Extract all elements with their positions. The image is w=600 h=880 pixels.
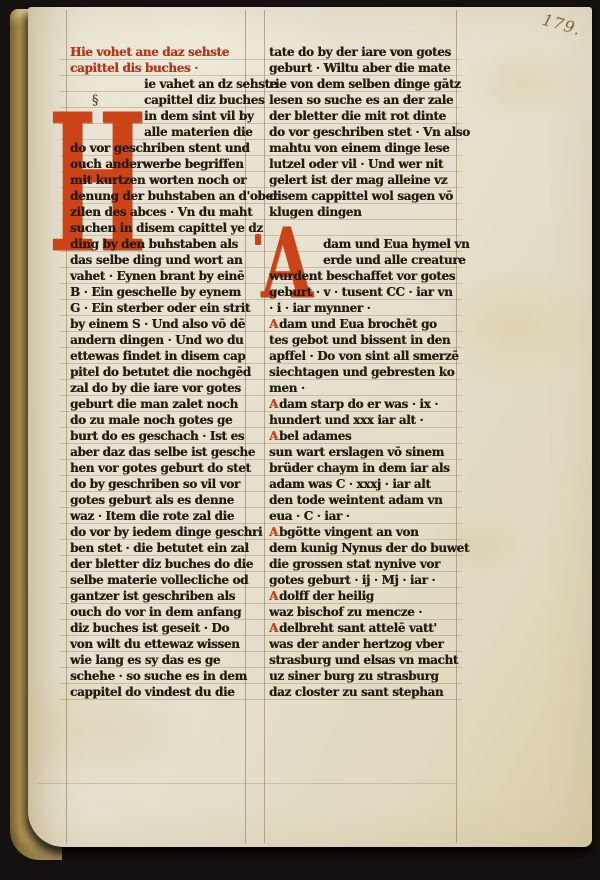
manuscript-line: hen vor gotes geburt do stet: [70, 460, 247, 476]
red-initial: A: [269, 589, 279, 603]
manuscript-line: ding by den buhstaben als: [70, 236, 247, 252]
text-column-left: Hie vohet ane daz sehste capittel dis bu…: [70, 44, 247, 700]
red-paragraph-mark: [255, 234, 261, 245]
manuscript-line: mit kurtzen worten noch or: [70, 172, 247, 188]
manuscript-line: strasburg und elsas vn macht: [269, 652, 461, 668]
manuscript-line: do vor by iedem dinge geschri: [70, 524, 247, 540]
manuscript-line: do vor geschriben stet · Vn also: [269, 124, 461, 140]
manuscript-line: die grossen stat nynive vor: [269, 556, 461, 572]
manuscript-line: brüder chaym in dem iar als: [269, 460, 461, 476]
manuscript-line: lesen so suche es an der zale: [269, 92, 461, 108]
manuscript-line: zal do by die iare vor gotes: [70, 380, 247, 396]
manuscript-line: waz · Item die rote zal die: [70, 508, 247, 524]
manuscript-line: aber daz das selbe ist gesche: [70, 444, 247, 460]
manuscript-line: Adam und Eua brochēt go: [269, 316, 461, 332]
manuscript-line: Adelbreht sant attelē vatt': [269, 620, 461, 636]
manuscript-line: von wilt du ettewaz wissen: [70, 636, 247, 652]
manuscript-line: mahtu von einem dinge lese: [269, 140, 461, 156]
manuscript-line: disem cappittel wol sagen vō: [269, 188, 461, 204]
manuscript-line: in dem sint vil by: [70, 108, 247, 124]
manuscript-line: apffel · Do von sint all smerzē: [269, 348, 461, 364]
manuscript-line: rie von dem selben dinge gātz: [269, 76, 461, 92]
manuscript-line: Adam starp do er was · ix ·: [269, 396, 461, 412]
folio-number: 179.: [540, 10, 583, 39]
manuscript-line: adam was C · xxxj · iar alt: [269, 476, 461, 492]
manuscript-line: tate do by der iare von gotes: [269, 44, 461, 60]
manuscript-page: 179. Hie vohet ane daz sehste capittel d…: [28, 7, 592, 847]
manuscript-line: klugen dingen: [269, 204, 461, 220]
manuscript-line: ouch do vor in dem anfang: [70, 604, 247, 620]
manuscript-line: gotes geburt als es denne: [70, 492, 247, 508]
right-column-lines: tate do by der iare von gotesgeburt · Wi…: [269, 44, 461, 700]
manuscript-line: denung der buhstaben an d'ober: [70, 188, 247, 204]
manuscript-line: by einem S · Und also vō dē: [70, 316, 247, 332]
manuscript-line: burt do es geschach · Ist es: [70, 428, 247, 444]
manuscript-line: der bletter diz buches do die: [70, 556, 247, 572]
manuscript-line: das selbe ding und wort an: [70, 252, 247, 268]
manuscript-line: der bletter die mit rot dinte: [269, 108, 461, 124]
manuscript-line: uz siner burg zu strasburg: [269, 668, 461, 684]
manuscript-line: Abgötte vingent an von: [269, 524, 461, 540]
left-column-lines: ie vahet an dz sehstecapittel diz buches…: [70, 76, 247, 700]
manuscript-line: alle materien die: [70, 124, 247, 140]
manuscript-line: capittel diz buches: [70, 92, 247, 108]
manuscript-line: · i · iar mynner ·: [269, 300, 461, 316]
red-initial: A: [269, 525, 279, 539]
manuscript-line: was der ander hertzog vber: [269, 636, 461, 652]
manuscript-line: schehe · so suche es in dem: [70, 668, 247, 684]
manuscript-line: geburt · v · tusent CC · iar vn: [269, 284, 461, 300]
manuscript-line: do zu male noch gotes ge: [70, 412, 247, 428]
manuscript-line: lutzel oder vil · Und wer nit: [269, 156, 461, 172]
manuscript-line: do vor geschriben stent und: [70, 140, 247, 156]
manuscript-line: wie lang es sy das es ge: [70, 652, 247, 668]
manuscript-line: erde und alle creature: [269, 252, 461, 268]
manuscript-line: B · Ein geschelle by eynem: [70, 284, 247, 300]
red-initial: A: [269, 317, 279, 331]
manuscript-line: cappitel do vindest du die: [70, 684, 247, 700]
manuscript-line: hundert und xxx iar alt ·: [269, 412, 461, 428]
manuscript-photo: 179. Hie vohet ane daz sehste capittel d…: [0, 0, 600, 880]
red-initial: A: [269, 621, 279, 635]
rubric-line: capittel dis buches ·: [70, 60, 247, 76]
red-initial: A: [269, 429, 279, 443]
manuscript-line: gotes geburt · ij · Mj · iar ·: [269, 572, 461, 588]
ruling-line-intercolumn-2: [264, 10, 265, 843]
manuscript-line: [269, 220, 461, 236]
manuscript-line: dem kunig Nynus der do buwet: [269, 540, 461, 556]
manuscript-line: men ·: [269, 380, 461, 396]
manuscript-line: gelert ist der mag alleine vz: [269, 172, 461, 188]
manuscript-line: geburt · Wiltu aber die mate: [269, 60, 461, 76]
manuscript-line: vahet · Eynen brant by einē: [70, 268, 247, 284]
manuscript-line: diz buches ist geseit · Do: [70, 620, 247, 636]
ruling-line-lower-margin: [38, 783, 456, 784]
manuscript-line: waz bischof zu mencze ·: [269, 604, 461, 620]
manuscript-line: Adolff der heilig: [269, 588, 461, 604]
manuscript-line: ben stet · die betutet ein zal: [70, 540, 247, 556]
text-column-right: A tate do by der iare von gotesgeburt · …: [269, 44, 461, 700]
manuscript-line: siechtagen und gebresten ko: [269, 364, 461, 380]
manuscript-line: den tode weintent adam vn: [269, 492, 461, 508]
manuscript-line: tes gebot und bissent in den: [269, 332, 461, 348]
ruling-line-left-margin: [66, 10, 67, 843]
red-initial: A: [269, 397, 279, 411]
manuscript-line: selbe materie vollecliche od: [70, 572, 247, 588]
manuscript-line: wurdent beschaffet vor gotes: [269, 268, 461, 284]
manuscript-line: do by geschriben so vil vor: [70, 476, 247, 492]
manuscript-line: G · Ein sterber oder ein strit: [70, 300, 247, 316]
manuscript-line: sun wart erslagen vō sinem: [269, 444, 461, 460]
manuscript-line: zilen des abces · Vn du maht: [70, 204, 247, 220]
manuscript-line: pitel do betutet die nochgēd: [70, 364, 247, 380]
manuscript-line: ettewas findet in disem cap: [70, 348, 247, 364]
manuscript-line: ie vahet an dz sehste: [70, 76, 247, 92]
manuscript-line: suchen in disem capittel ye dz: [70, 220, 247, 236]
rubric-line: Hie vohet ane daz sehste: [70, 44, 247, 60]
manuscript-line: ouch anderwerbe begriffen: [70, 156, 247, 172]
manuscript-line: eua · C · iar ·: [269, 508, 461, 524]
manuscript-line: Abel adames: [269, 428, 461, 444]
manuscript-line: andern dingen · Und wo du: [70, 332, 247, 348]
manuscript-line: gantzer ist geschriben als: [70, 588, 247, 604]
manuscript-line: geburt die man zalet noch: [70, 396, 247, 412]
manuscript-line: dam und Eua hymel vn: [269, 236, 461, 252]
manuscript-line: daz closter zu sant stephan: [269, 684, 461, 700]
